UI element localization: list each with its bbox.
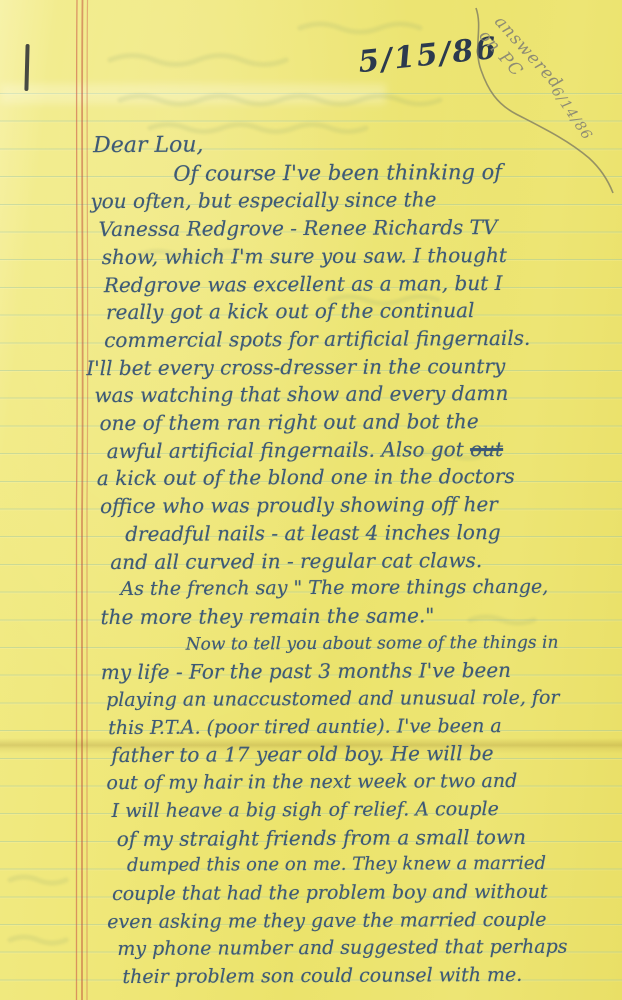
letter-line: Of course I've been thinking of <box>173 160 502 186</box>
letter-line: show, which I'm sure you saw. I thought <box>102 243 507 269</box>
letter-scan-page: 5/15/86 answeredon PC 6/14/86 Dear Lou,O… <box>0 0 622 1000</box>
letter-line: As the french say " The more things chan… <box>120 575 548 601</box>
letter-line: out of my hair in the next week or two a… <box>106 769 517 795</box>
letter-line: couple that had the problem boy and with… <box>112 880 548 906</box>
letter-line: commercial spots for artificial fingerna… <box>104 326 530 352</box>
letter-line: office who was proudly showing off her <box>100 492 498 518</box>
letter-line: playing an unaccustomed and unusual role… <box>106 686 560 712</box>
struck-word: out <box>470 437 503 461</box>
letter-line: I will heave a big sigh of relief. A cou… <box>112 797 499 823</box>
letter-line: this P.T.A. (poor tired auntie). I've be… <box>108 714 502 740</box>
letter-line: the more they remain the same." <box>101 603 435 629</box>
letter-line: a kick out of the blond one in the docto… <box>97 464 515 490</box>
letter-line: my phone number and suggested that perha… <box>117 935 567 961</box>
letter-line: Redgrove was excellent as a man, but I <box>104 270 503 296</box>
letter-line: was watching that show and every damn <box>94 381 508 407</box>
letter-line: their problem son could counsel with me. <box>122 963 522 989</box>
letter-line: really got a kick out of the continual <box>106 298 474 324</box>
letter-line: father to a 17 year old boy. He will be <box>111 741 493 767</box>
letter-line: Now to tell you about some of the things… <box>186 630 559 656</box>
letter-line: dreadful nails - at least 4 inches long <box>125 520 501 546</box>
letter-line: and all curved in - regular cat claws. <box>110 548 482 574</box>
letter-line: one of them ran right out and bot the <box>100 409 479 435</box>
letter-line: my life - For the past 3 months I've bee… <box>101 658 511 684</box>
letter-line: Dear Lou, <box>93 134 203 159</box>
letter-line: Vanessa Redgrove - Renee Richards TV <box>99 215 498 241</box>
letter-line: even asking me they gave the married cou… <box>107 907 546 933</box>
letter-line: of my straight friends from a small town <box>117 824 526 850</box>
letter-body: Dear Lou,Of course I've been thinking of… <box>0 0 622 1000</box>
letter-line: awful artificial fingernails. Also got o… <box>107 437 503 463</box>
letter-line: I'll bet every cross-dresser in the coun… <box>86 354 505 380</box>
letter-line: dumped this one on me. They knew a marri… <box>127 852 546 878</box>
letter-line: you often, but especially since the <box>90 188 436 214</box>
